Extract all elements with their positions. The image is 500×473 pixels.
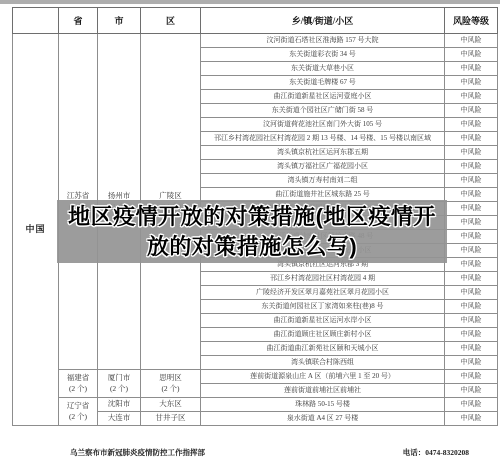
community-cell: 莲前街道前埔社区前埔社 — [201, 384, 445, 398]
district-header: 区 — [141, 8, 201, 34]
district-cell: 甘井子区 — [141, 412, 201, 426]
province-header: 省 — [59, 8, 98, 34]
risk-level-header: 风险等级 — [445, 8, 498, 34]
community-cell: 湾头镇联合村陈西组 — [201, 356, 445, 370]
community-cell: 东关街道大草巷小区 — [201, 62, 445, 76]
risk-cell: 中风险 — [445, 146, 498, 160]
country-header — [13, 8, 59, 34]
community-cell: 珠林路 50-15 号楼 — [201, 398, 445, 412]
page-top-border — [0, 0, 500, 4]
community-cell: 东关街道个园社区广储门街 58 号 — [201, 104, 445, 118]
community-cell: 东关街道毛牌楼 67 号 — [201, 76, 445, 90]
risk-cell: 中风险 — [445, 216, 498, 230]
risk-cell: 中风险 — [445, 118, 498, 132]
risk-cell: 中风险 — [445, 90, 498, 104]
footer-phone: 电话：0474-8320208 — [403, 447, 469, 458]
community-cell: 湾头镇京杭社区运河东郡五期 — [201, 146, 445, 160]
document-footer: 乌兰察布市新冠肺炎疫情防控工作指挥部 电话：0474-8320208 — [12, 447, 497, 458]
city-header: 市 — [98, 8, 141, 34]
province-cell: 辽宁省(2 个) — [59, 398, 98, 426]
community-cell: 莲前街道源泉山庄 A 区（前埔六里 1 至 20 号） — [201, 370, 445, 384]
table-row: 中国江苏省(1 个)扬州市(1 个)广陵区(24 个)汶河街道石塔社区淮海路 1… — [13, 34, 498, 48]
community-cell: 汶河街道石塔社区淮海路 157 号大院 — [201, 34, 445, 48]
risk-cell: 中风险 — [445, 244, 498, 258]
community-cell: 东关街道何园社区丁家湾如来柱(巷)8 号 — [201, 300, 445, 314]
risk-cell: 中风险 — [445, 356, 498, 370]
risk-cell: 中风险 — [445, 174, 498, 188]
risk-cell: 中风险 — [445, 272, 498, 286]
risk-cell: 中风险 — [445, 398, 498, 412]
community-cell: 曲江街道新星社区运河水岸小区 — [201, 314, 445, 328]
country-cell: 中国 — [13, 34, 59, 426]
risk-cell: 中风险 — [445, 104, 498, 118]
risk-cell: 中风险 — [445, 370, 498, 384]
risk-cell: 中风险 — [445, 48, 498, 62]
table-row: 福建省(2 个)厦门市(2 个)思明区(2 个)莲前街道源泉山庄 A 区（前埔六… — [13, 370, 498, 384]
community-header: 乡/镇/街道/小区 — [201, 8, 445, 34]
risk-cell: 中风险 — [445, 188, 498, 202]
risk-cell: 中风险 — [445, 412, 498, 426]
overlay-title-line2: 放的对策措施怎么写) — [147, 232, 357, 262]
risk-cell: 中风险 — [445, 160, 498, 174]
table-row: 辽宁省(2 个)沈阳市大东区珠林路 50-15 号楼中风险 — [13, 398, 498, 412]
risk-cell: 中风险 — [445, 342, 498, 356]
community-cell: 邗江乡村湾花园社区村湾花园 2 期 13 号楼、14 号楼、15 号楼以南区域 — [201, 132, 445, 146]
title-watermark-overlay: 地区疫情开放的对策措施(地区疫情开 放的对策措施怎么写) — [57, 200, 447, 263]
community-cell: 东关街道彩衣街 34 号 — [201, 48, 445, 62]
district-cell: 思明区(2 个) — [141, 370, 201, 398]
overlay-title-line1: 地区疫情开放的对策措施(地区疫情开 — [68, 202, 436, 232]
community-cell: 曲江街道新星社区运河壹庭小区 — [201, 90, 445, 104]
risk-cell: 中风险 — [445, 328, 498, 342]
risk-cell: 中风险 — [445, 384, 498, 398]
community-cell: 汶河街道荷花池社区南门外大街 105 号 — [201, 118, 445, 132]
community-cell: 曲江街道曲江新苑社区颐和天城小区 — [201, 342, 445, 356]
risk-cell: 中风险 — [445, 300, 498, 314]
community-cell: 泉水街道 A4 区 27 号楼 — [201, 412, 445, 426]
city-cell: 大连市 — [98, 412, 141, 426]
city-cell: 沈阳市 — [98, 398, 141, 412]
risk-cell: 中风险 — [445, 34, 498, 48]
risk-cell: 中风险 — [445, 314, 498, 328]
community-cell: 湾头镇万福社区广福花园小区 — [201, 160, 445, 174]
province-cell: 福建省(2 个) — [59, 370, 98, 398]
community-cell: 湾头镇万寿村南刘二组 — [201, 174, 445, 188]
risk-cell: 中风险 — [445, 132, 498, 146]
risk-cell: 中风险 — [445, 258, 498, 272]
city-cell: 厦门市(2 个) — [98, 370, 141, 398]
risk-cell: 中风险 — [445, 230, 498, 244]
community-cell: 邗江乡村湾花园社区村湾花园 4 期 — [201, 272, 445, 286]
community-cell: 曲江街道顾庄社区顾庄新村小区 — [201, 328, 445, 342]
footer-issuer: 乌兰察布市新冠肺炎疫情防控工作指挥部 — [70, 447, 205, 458]
district-cell: 大东区 — [141, 398, 201, 412]
risk-cell: 中风险 — [445, 202, 498, 216]
risk-cell: 中风险 — [445, 76, 498, 90]
risk-cell: 中风险 — [445, 62, 498, 76]
table-header-row: 省 市 区 乡/镇/街道/小区 风险等级 — [13, 8, 498, 34]
community-cell: 广陵经济开发区翠月嘉苑社区翠月花园小区 — [201, 286, 445, 300]
risk-cell: 中风险 — [445, 286, 498, 300]
